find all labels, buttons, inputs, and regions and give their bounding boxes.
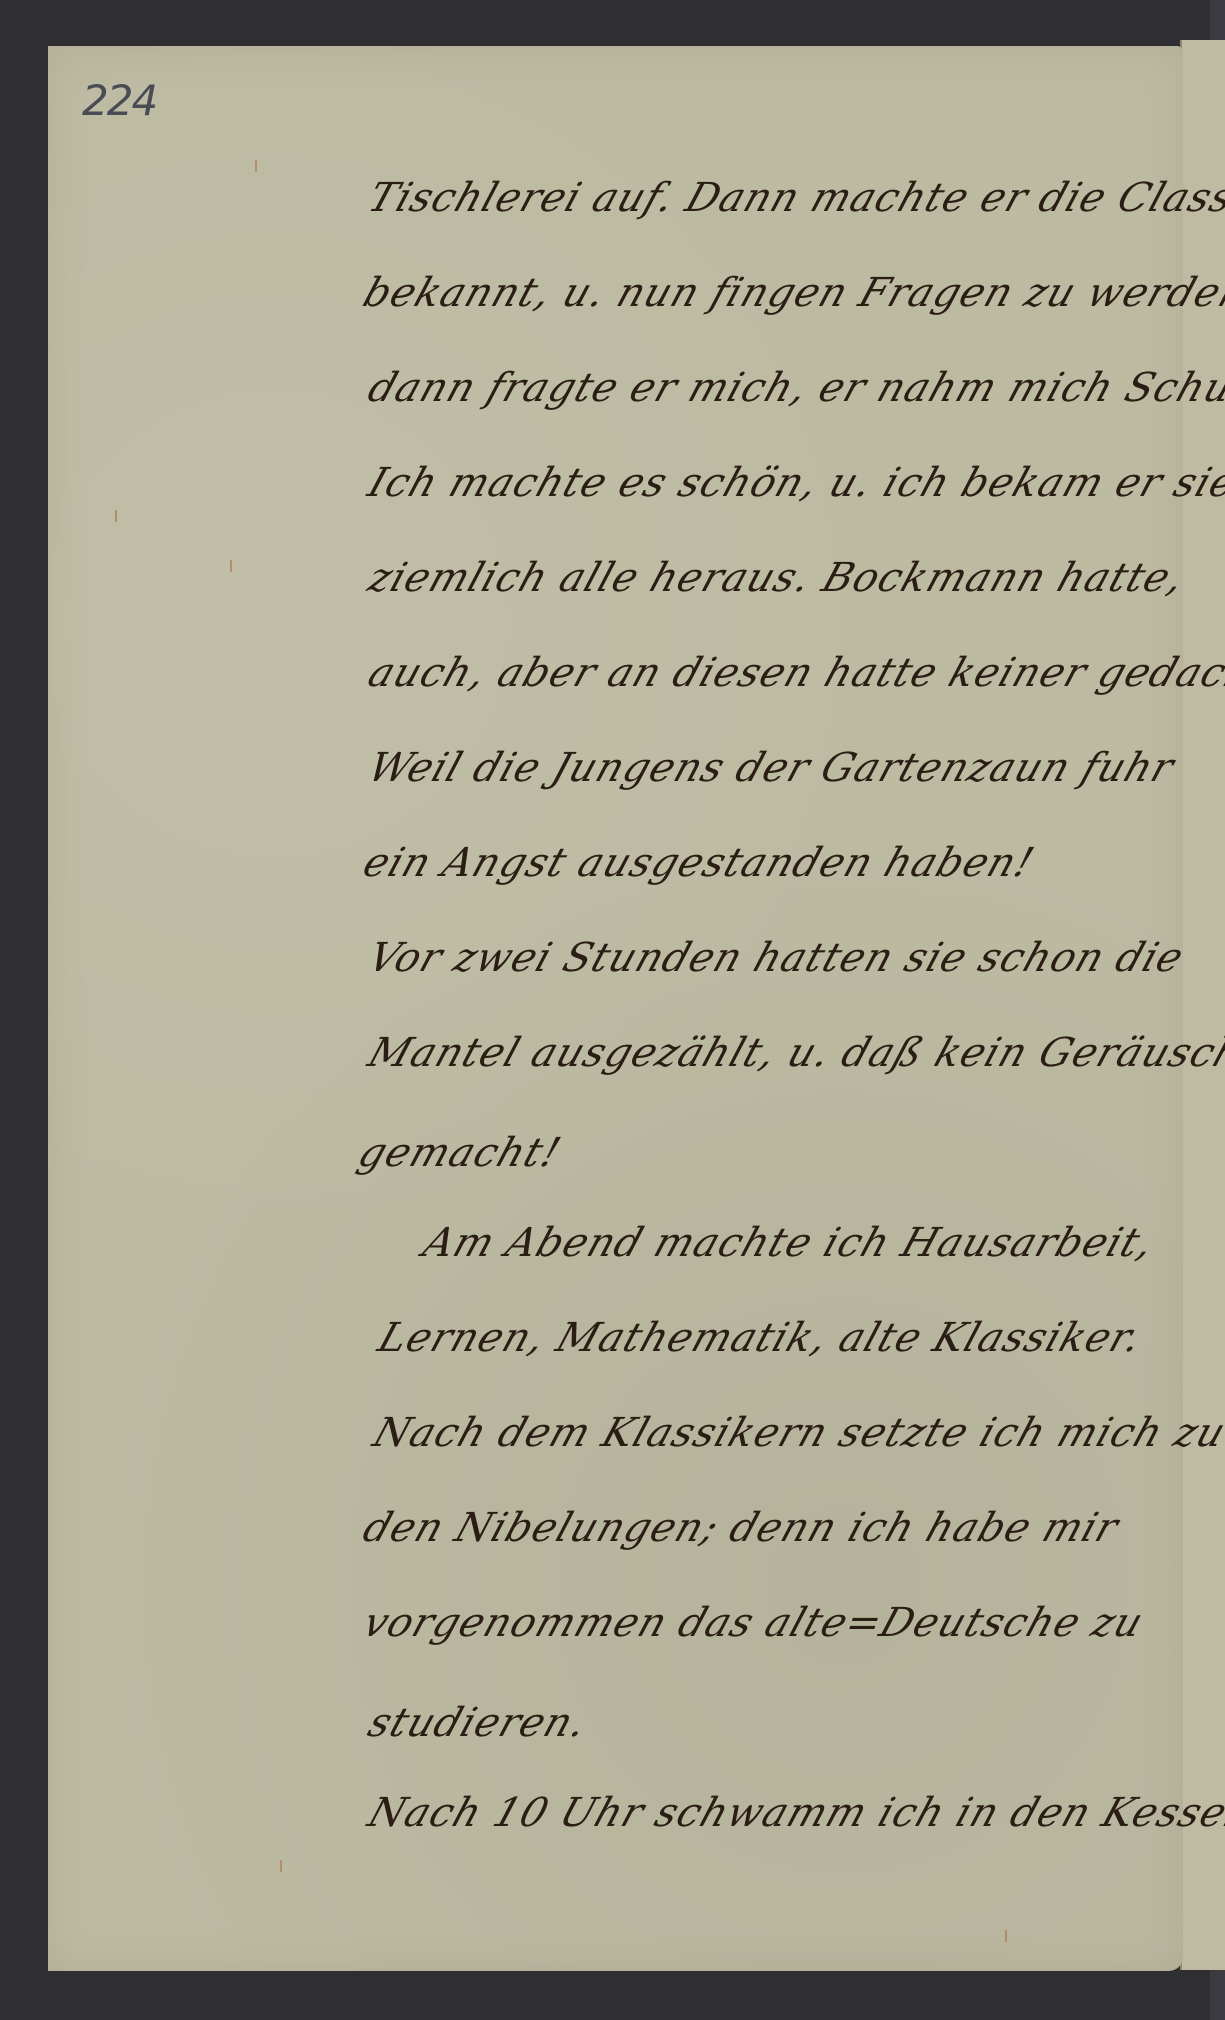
manuscript-line: Ich machte es schön, u. ich bekam er sie bbox=[363, 460, 1225, 506]
paper-fleck bbox=[1005, 1930, 1007, 1942]
manuscript-line: Vor zwei Stunden hatten sie schon die bbox=[363, 935, 1190, 981]
manuscript-line: Nach 10 Uhr schwamm ich in den Kessel. bbox=[363, 1790, 1225, 1836]
manuscript-line: dann fragte er mich, er nahm mich Schule… bbox=[363, 365, 1225, 411]
manuscript-line: auch, aber an diesen hatte keiner gedach… bbox=[363, 650, 1225, 696]
manuscript-line: studieren. bbox=[363, 1700, 594, 1746]
manuscript-line: ein Angst ausgestanden haben! bbox=[358, 840, 1041, 886]
manuscript-line: Lernen, Mathematik, alte Klassiker. bbox=[373, 1315, 1148, 1361]
manuscript-line: Weil die Jungens der Gartenzaun fuhr bbox=[363, 745, 1181, 791]
paper-fleck bbox=[230, 560, 232, 572]
manuscript-line: gemacht! bbox=[353, 1130, 567, 1176]
paper-fleck bbox=[255, 160, 257, 172]
manuscript-line: Nach dem Klassikern setzte ich mich zu bbox=[368, 1410, 1225, 1456]
paper-fleck bbox=[115, 510, 117, 522]
paper-fleck bbox=[280, 1860, 282, 1872]
adjacent-page-edge bbox=[1180, 40, 1225, 1970]
manuscript-line: Mantel ausgezählt, u. daß kein Geräusch bbox=[363, 1030, 1225, 1076]
manuscript-line: vorgenommen das alte=Deutsche zu bbox=[358, 1600, 1150, 1646]
manuscript-page bbox=[48, 46, 1183, 1971]
manuscript-line: ziemlich alle heraus. Bockmann hatte, bbox=[363, 555, 1191, 601]
manuscript-line: bekannt, u. nun fingen Fragen zu werden, bbox=[358, 270, 1225, 316]
manuscript-line: Am Abend machte ich Hausarbeit, bbox=[418, 1220, 1161, 1266]
manuscript-line: Tischlerei auf. Dann machte er die Class… bbox=[363, 175, 1225, 221]
page-number: 224 bbox=[82, 76, 156, 125]
manuscript-line: den Nibelungen; denn ich habe mir bbox=[358, 1505, 1125, 1551]
